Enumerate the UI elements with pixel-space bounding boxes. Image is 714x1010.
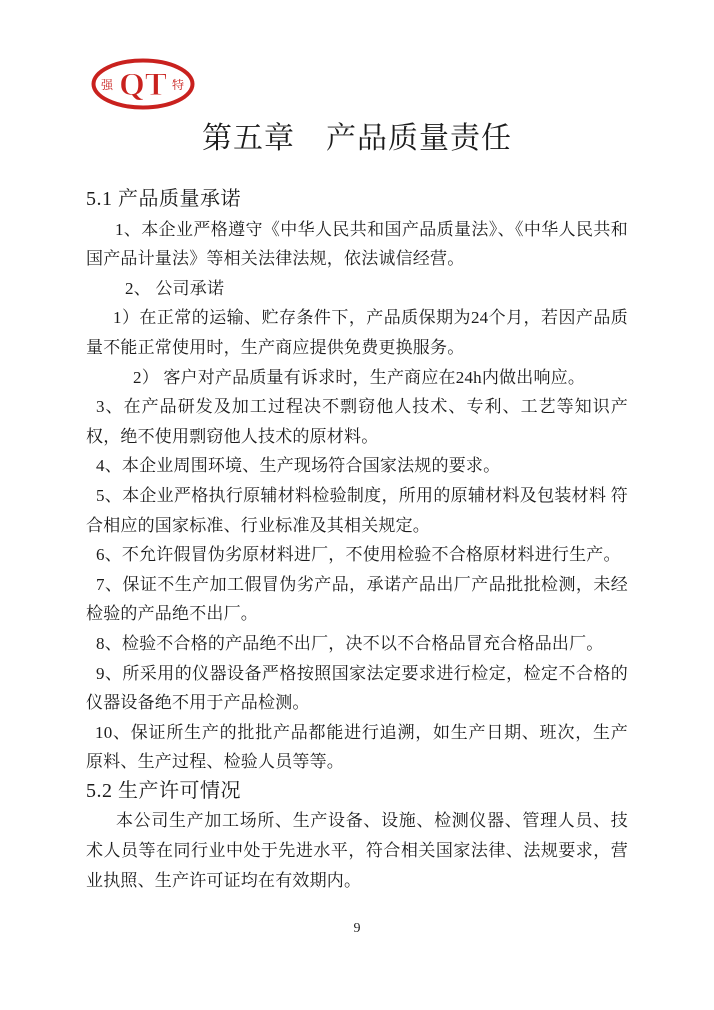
logo-left-char: 强 bbox=[101, 78, 114, 92]
section-5-1-body: 1、本企业严格遵守《中华人民共和国产品质量法》、《中华人民共和国产品计量法》等相… bbox=[86, 215, 628, 777]
paragraph: 本公司生产加工场所、生产设备、设施、检测仪器、管理人员、技术人员等在同行业中处于… bbox=[86, 806, 628, 895]
logo-center-text: QT bbox=[119, 67, 167, 103]
paragraph: 5、本企业严格执行原辅材料检验制度，所用的原辅材料及包装材料 符合相应的国家标准… bbox=[86, 481, 628, 540]
paragraph: 3、在产品研发及加工过程决不剽窃他人技术、专利、工艺等知识产权，绝不使用剽窃他人… bbox=[86, 392, 628, 451]
paragraph: 1）在正常的运输、贮存条件下，产品质保期为24个月，若因产品质量不能正常使用时，… bbox=[86, 303, 628, 362]
paragraph: 4、本企业周围环境、生产现场符合国家法规的要求。 bbox=[86, 451, 628, 481]
paragraph: 2、 公司承诺 bbox=[86, 274, 628, 304]
logo-right-char: 特 bbox=[172, 77, 184, 92]
paragraph: 8、检验不合格的产品绝不出厂，决不以不合格品冒充合格品出厂。 bbox=[86, 629, 628, 659]
document-page: 强 QT 特 第五章 产品质量责任 5.1 产品质量承诺 1、本企业严格遵守《中… bbox=[0, 0, 714, 1010]
paragraph: 10、保证所生产的批批产品都能进行追溯，如生产日期、班次，生产原料、生产过程、检… bbox=[86, 718, 628, 777]
company-logo: 强 QT 特 bbox=[90, 58, 196, 110]
paragraph: 2） 客户对产品质量有诉求时，生产商应在24h内做出响应。 bbox=[86, 363, 628, 393]
paragraph: 6、不允许假冒伪劣原材料进厂，不使用检验不合格原材料进行生产。 bbox=[86, 540, 628, 570]
section-heading-5-2: 5.2 生产许可情况 bbox=[86, 777, 628, 807]
section-heading-5-1: 5.1 产品质量承诺 bbox=[86, 185, 628, 215]
paragraph: 9、所采用的仪器设备严格按照国家法定要求进行检定，检定不合格的仪器设备绝不用于产… bbox=[86, 659, 628, 718]
paragraph: 7、保证不生产加工假冒伪劣产品，承诺产品出厂产品批批检测，未经检验的产品绝不出厂… bbox=[86, 570, 628, 629]
section-5-2-body: 本公司生产加工场所、生产设备、设施、检测仪器、管理人员、技术人员等在同行业中处于… bbox=[86, 806, 628, 895]
page-number: 9 bbox=[0, 921, 714, 937]
paragraph: 1、本企业严格遵守《中华人民共和国产品质量法》、《中华人民共和国产品计量法》等相… bbox=[86, 215, 628, 274]
